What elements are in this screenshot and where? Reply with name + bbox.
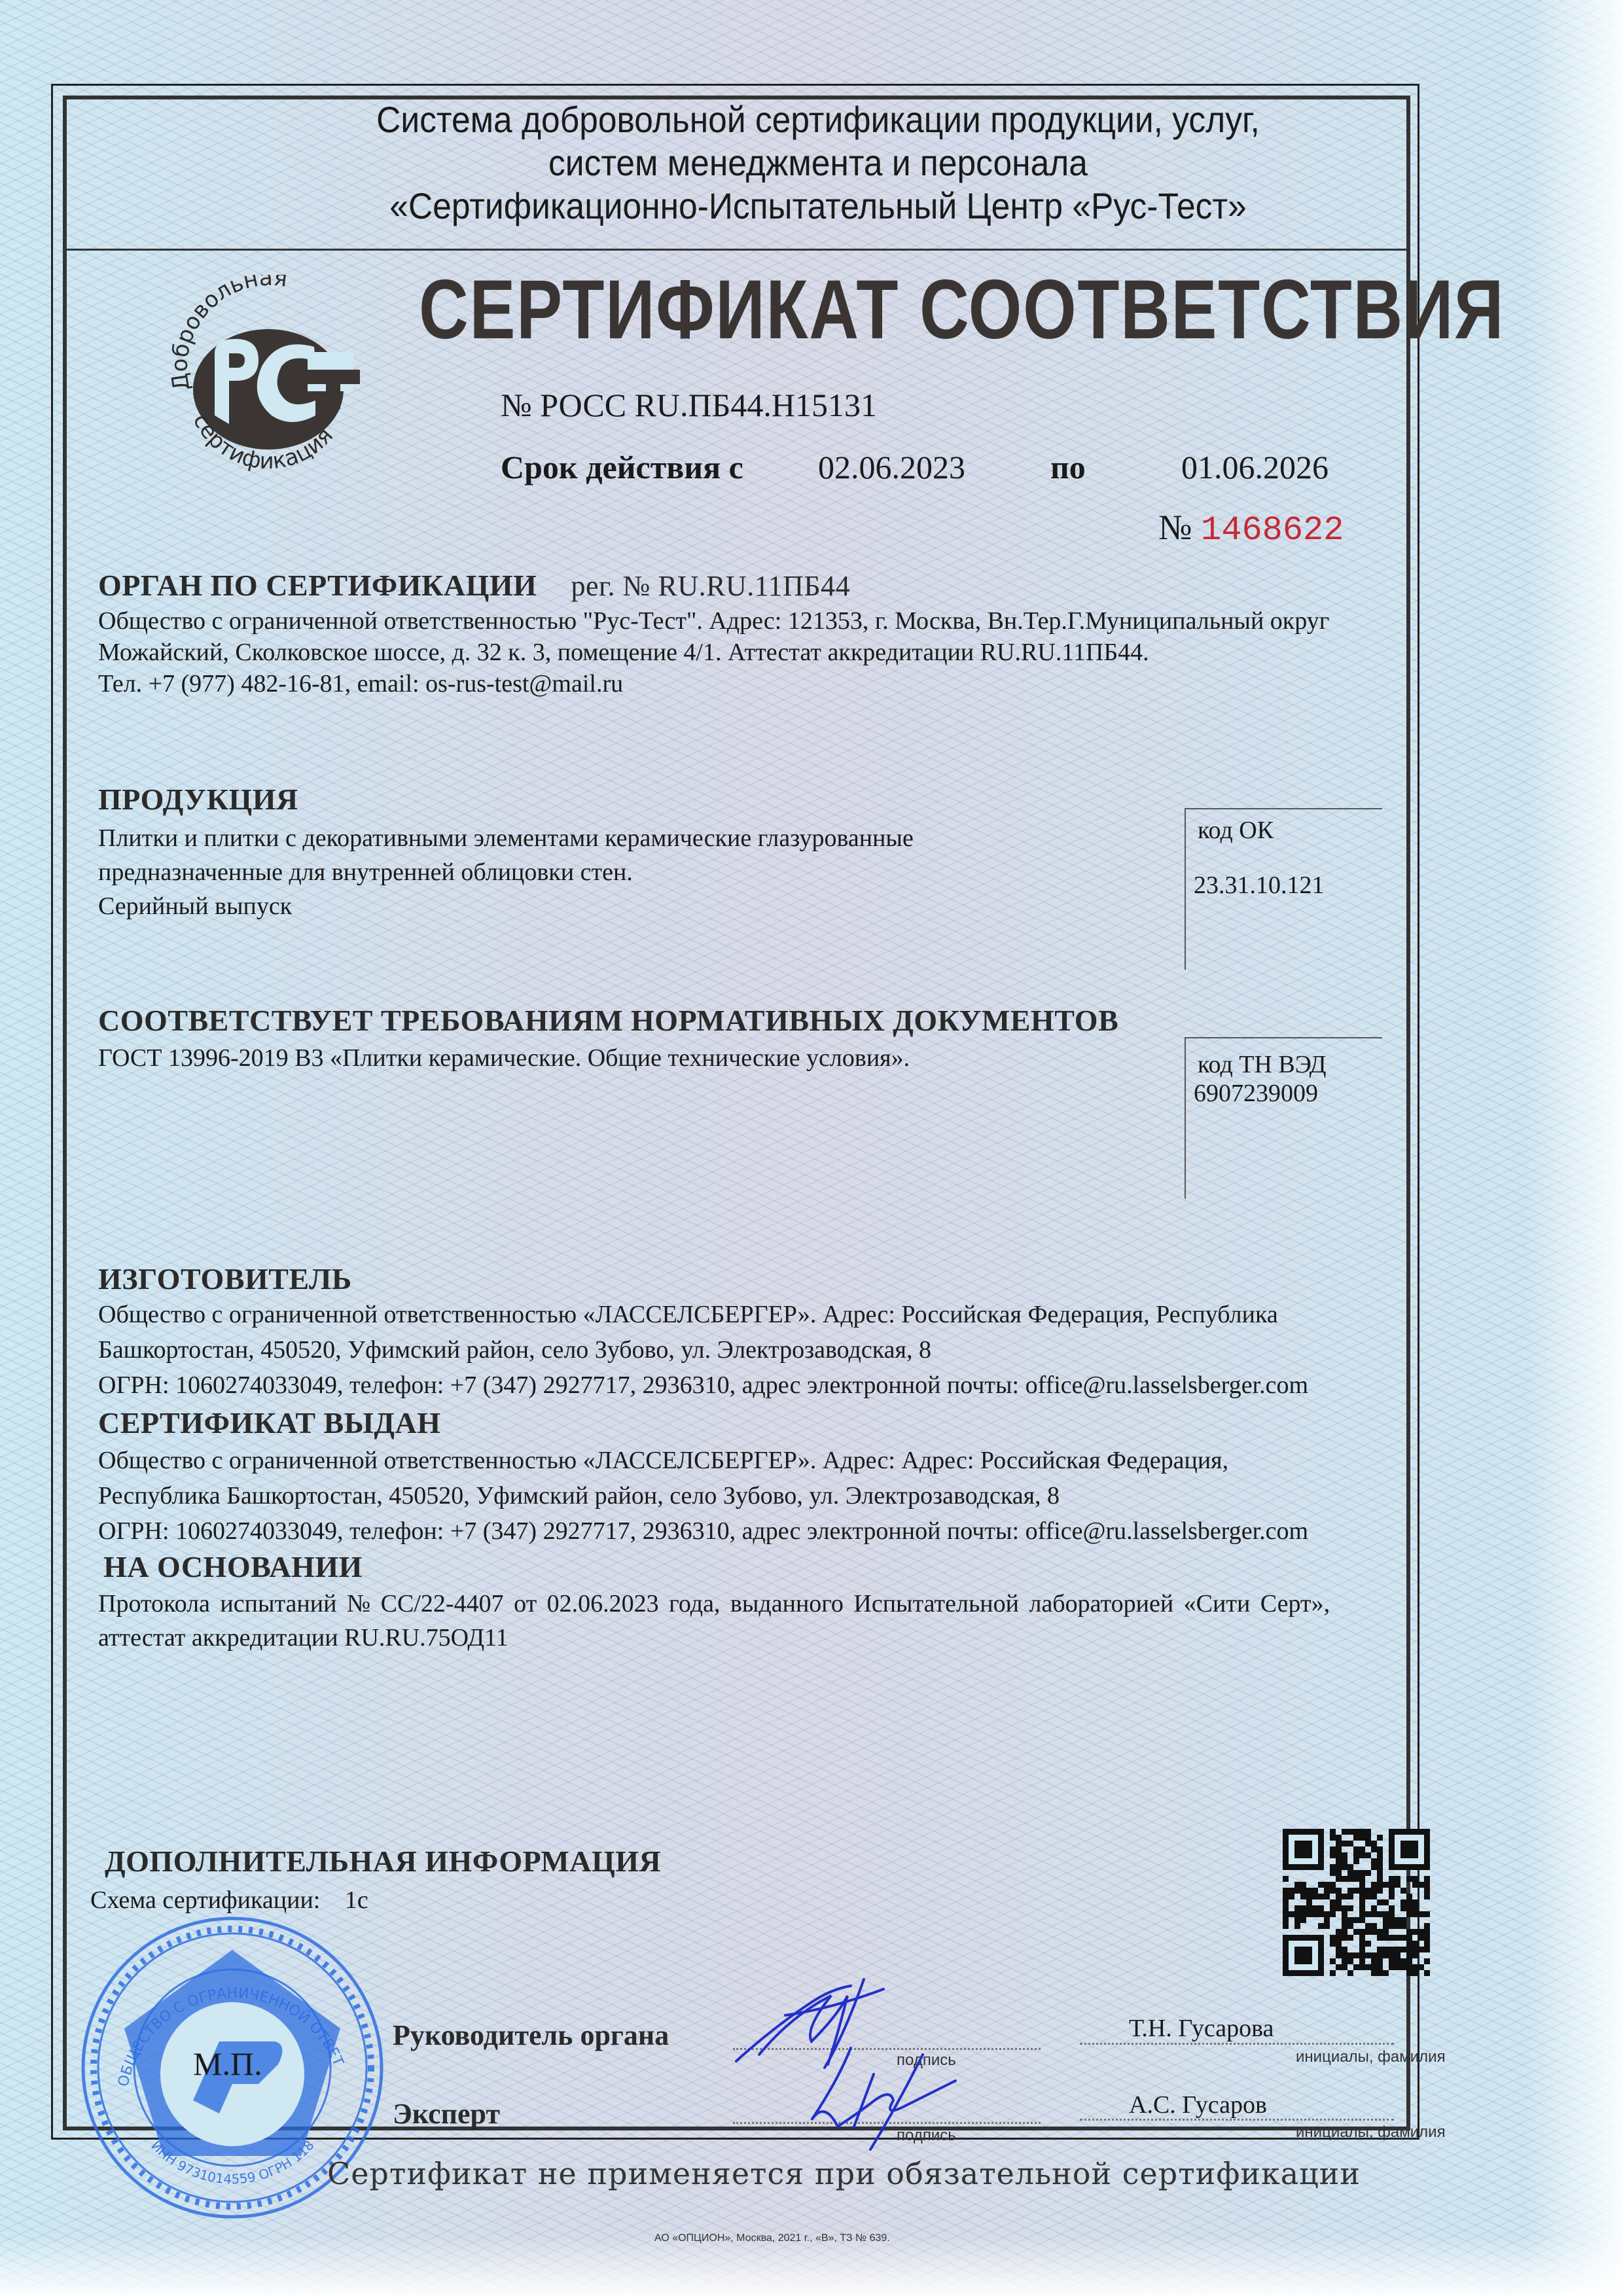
- valid-from-date: 02.06.2023: [818, 448, 965, 486]
- issued-to-line: Республика Башкортостан, 450520, Уфимски…: [98, 1478, 1308, 1513]
- blank-number-prefix: №: [1158, 508, 1192, 547]
- issued-to-line: Общество с ограниченной ответственностью…: [98, 1443, 1308, 1478]
- head-name-caption: инициалы, фамилия: [1296, 2048, 1446, 2066]
- printer-imprint: АО «ОПЦИОН», Москва, 2021 г., «В», ТЗ № …: [654, 2233, 890, 2244]
- tnved-code-box: код ТН ВЭД 6907239009: [1185, 1037, 1382, 1199]
- head-of-body-label: Руководитель органа: [393, 2019, 669, 2052]
- manufacturer-line: Башкортостан, 450520, Уфимский район, се…: [98, 1332, 1308, 1368]
- manufacturer-details: Общество с ограниченной ответственностью…: [98, 1297, 1308, 1403]
- certification-body-line: Тел. +7 (977) 482-16-81, email: os-rus-t…: [98, 668, 1329, 699]
- expert-name: А.С. Гусаров: [1129, 2091, 1267, 2119]
- blank-number-value: 1468622: [1201, 511, 1344, 550]
- product-description: Плитки и плитки с декоративными элемента…: [98, 821, 914, 923]
- expert-handwritten-signature-icon: [798, 2041, 969, 2153]
- ok-code-value: 23.31.10.121: [1194, 871, 1382, 900]
- page-edge-bottom: [0, 2237, 1623, 2296]
- basis-line: Протокола испытаний № СС/22-4407 от 02.0…: [98, 1587, 1330, 1621]
- requirements-line: ГОСТ 13996-2019 В3 «Плитки керамические.…: [98, 1042, 910, 1074]
- manufacturer-line: ОГРН: 1060274033049, телефон: +7 (347) 2…: [98, 1368, 1308, 1403]
- certificate-number-prefix: №: [501, 387, 532, 423]
- validity-label: Срок действия с: [501, 449, 743, 486]
- ok-code-label: код ОК: [1198, 816, 1382, 845]
- product-line: Плитки и плитки с декоративными элемента…: [98, 821, 914, 855]
- qr-code-icon[interactable]: [1283, 1829, 1430, 1976]
- basis-details: Протокола испытаний № СС/22-4407 от 02.0…: [98, 1587, 1330, 1655]
- tnved-code-value: 6907239009: [1194, 1079, 1382, 1108]
- scheme-label: Схема сертификации:: [90, 1886, 320, 1914]
- certificate-title: СЕРТИФИКАТ СООТВЕТСТВИЯ: [419, 262, 1505, 358]
- manufacturer-line: Общество с ограниченной ответственностью…: [98, 1297, 1308, 1332]
- requirements-heading: СООТВЕТСТВУЕТ ТРЕБОВАНИЯМ НОРМАТИВНЫХ ДО…: [98, 1003, 1118, 1038]
- valid-to-date: 01.06.2026: [1181, 448, 1329, 486]
- expert-name-line: [1080, 2119, 1394, 2121]
- certification-body-line: Общество с ограниченной ответственностью…: [98, 605, 1329, 637]
- blank-serial-number: № 1468622: [1158, 507, 1344, 550]
- basis-heading: НА ОСНОВАНИИ: [103, 1549, 363, 1584]
- certification-system-title: Система добровольной сертификации продук…: [196, 98, 1440, 228]
- scheme-value: 1с: [345, 1886, 368, 1914]
- requirements-documents: ГОСТ 13996-2019 В3 «Плитки керамические.…: [98, 1042, 910, 1074]
- manufacturer-heading: ИЗГОТОВИТЕЛЬ: [98, 1262, 352, 1296]
- issued-to-heading: СЕРТИФИКАТ ВЫДАН: [98, 1405, 441, 1440]
- stamp-place-label: М.П.: [193, 2045, 262, 2083]
- issued-to-details: Общество с ограниченной ответственностью…: [98, 1443, 1308, 1549]
- certificate-number: № РОСС RU.ПБ44.Н15131: [501, 386, 877, 424]
- certification-body-heading: ОРГАН ПО СЕРТИФИКАЦИИ рег. № RU.RU.11ПБ4…: [98, 568, 850, 603]
- expert-label: Эксперт: [393, 2097, 500, 2130]
- system-title-line-2: систем менеджмента и персонала: [246, 141, 1390, 185]
- product-line: предназначенные для внутренней облицовки…: [98, 855, 914, 889]
- system-title-line-1: Система добровольной сертификации продук…: [246, 98, 1390, 141]
- certification-body-reg-number: рег. № RU.RU.11ПБ44: [571, 570, 850, 602]
- rst-voluntary-certification-logo-icon: Добровольная сертификация: [164, 275, 373, 491]
- header-divider: [63, 249, 1406, 251]
- certification-body-details: Общество с ограниченной ответственностью…: [98, 605, 1329, 699]
- voluntary-notice: Сертификат не применяется при обязательн…: [327, 2156, 1361, 2191]
- certification-body-heading-text: ОРГАН ПО СЕРТИФИКАЦИИ: [98, 569, 537, 602]
- head-name: Т.Н. Гусарова: [1129, 2014, 1274, 2043]
- basis-line: аттестат аккредитации RU.RU.75ОД11: [98, 1621, 1330, 1655]
- issued-to-line: ОГРН: 1060274033049, телефон: +7 (347) 2…: [98, 1513, 1308, 1549]
- page-edge-right: [1525, 0, 1623, 2296]
- validity-period: Срок действия с 02.06.2023 по 01.06.2026: [501, 448, 743, 486]
- certification-body-line: Можайский, Сколковское шоссе, д. 32 к. 3…: [98, 637, 1329, 668]
- certificate-number-value: РОСС RU.ПБ44.Н15131: [540, 387, 877, 423]
- expert-name-caption: инициалы, фамилия: [1296, 2123, 1446, 2142]
- additional-info-heading: ДОПОЛНИТЕЛЬНАЯ ИНФОРМАЦИЯ: [105, 1844, 661, 1879]
- product-line: Серийный выпуск: [98, 889, 914, 923]
- product-heading: ПРОДУКЦИЯ: [98, 782, 298, 817]
- head-name-line: [1080, 2043, 1394, 2045]
- ok-code-box: код ОК 23.31.10.121: [1185, 808, 1382, 970]
- tnved-code-label: код ТН ВЭД: [1198, 1050, 1382, 1079]
- system-title-line-3: «Сертификационно-Испытательный Центр «Ру…: [246, 185, 1390, 228]
- valid-to-label: по: [1050, 448, 1086, 486]
